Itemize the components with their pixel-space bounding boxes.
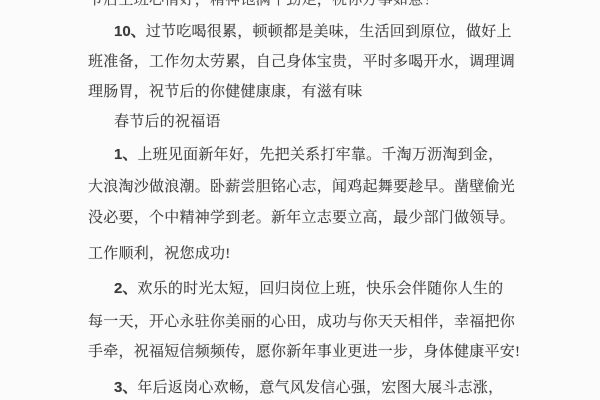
paragraph-line: 每一天，开心永驻你美丽的心田，成功与你天天相伴，幸福把你 xyxy=(88,312,558,332)
section-heading: 春节后的祝福语 xyxy=(114,112,584,132)
paragraph-line: 班准备，工作勿太劳累，自己身体宝贵，平时多喝开水，调理调 xyxy=(88,52,558,72)
list-number: 3、 xyxy=(114,379,137,396)
heading-text: 春节后的祝福语 xyxy=(114,114,221,130)
paragraph-line: 工作顺利，祝您成功! xyxy=(88,244,558,264)
line-text: 每一天，开心永驻你美丽的心田，成功与你天天相伴，幸福把你 xyxy=(88,314,515,330)
line-text: 上班见面新年好，先把关系打牢靠。千淘万沥淘到金， xyxy=(137,147,503,163)
line-text: 年后返岗心欢畅，意气风发信心强，宏图大展斗志涨， xyxy=(137,380,503,396)
paragraph-line-item10: 10、过节吃喝很累，顿顿都是美味，生活回到原位，做好上 xyxy=(114,22,584,42)
line-text: 理肠胃，祝节后的你健健康康，有滋有味 xyxy=(88,84,363,100)
document-page: 节后上班心情好，精神饱满干劲足，祝你万事如意！ 10、过节吃喝很累，顿顿都是美味… xyxy=(0,0,600,400)
paragraph-line: 大浪淘沙做浪潮。卧薪尝胆铭心志，闻鸡起舞要趁早。凿壁偷光 xyxy=(88,177,558,197)
line-text: 欢乐的时光太短，回归岗位上班，快乐会伴随你人生的 xyxy=(137,281,503,297)
line-text: 手牵，祝福短信频频传，愿你新年事业更进一步，身体健康平安! xyxy=(88,344,520,360)
list-number: 10、 xyxy=(114,23,146,40)
paragraph-line-item1: 1、上班见面新年好，先把关系打牢靠。千淘万沥淘到金， xyxy=(114,145,584,165)
clipped-text-line: 节后上班心情好，精神饱满干劲足，祝你万事如意！ xyxy=(88,0,558,10)
paragraph-line-item2: 2、欢乐的时光太短，回归岗位上班，快乐会伴随你人生的 xyxy=(114,279,584,299)
line-text: 大浪淘沙做浪潮。卧薪尝胆铭心志，闻鸡起舞要趁早。凿壁偷光 xyxy=(88,179,515,195)
list-number: 2、 xyxy=(114,280,137,297)
line-text: 没必要，个中精神学到老。新年立志要立高，最少部门做领导。 xyxy=(88,210,515,226)
line-text: 班准备，工作勿太劳累，自己身体宝贵，平时多喝开水，调理调 xyxy=(88,54,515,70)
clipped-text: 节后上班心情好，精神饱满干劲足，祝你万事如意！ xyxy=(88,0,439,8)
paragraph-line: 没必要，个中精神学到老。新年立志要立高，最少部门做领导。 xyxy=(88,208,558,228)
paragraph-line-item3: 3、年后返岗心欢畅，意气风发信心强，宏图大展斗志涨， xyxy=(114,378,584,398)
paragraph-line: 手牵，祝福短信频频传，愿你新年事业更进一步，身体健康平安! xyxy=(88,342,558,362)
line-text: 过节吃喝很累，顿顿都是美味，生活回到原位，做好上 xyxy=(146,24,512,40)
list-number: 1、 xyxy=(114,146,137,163)
line-text: 工作顺利，祝您成功! xyxy=(88,246,231,262)
paragraph-line: 理肠胃，祝节后的你健健康康，有滋有味 xyxy=(88,82,558,102)
